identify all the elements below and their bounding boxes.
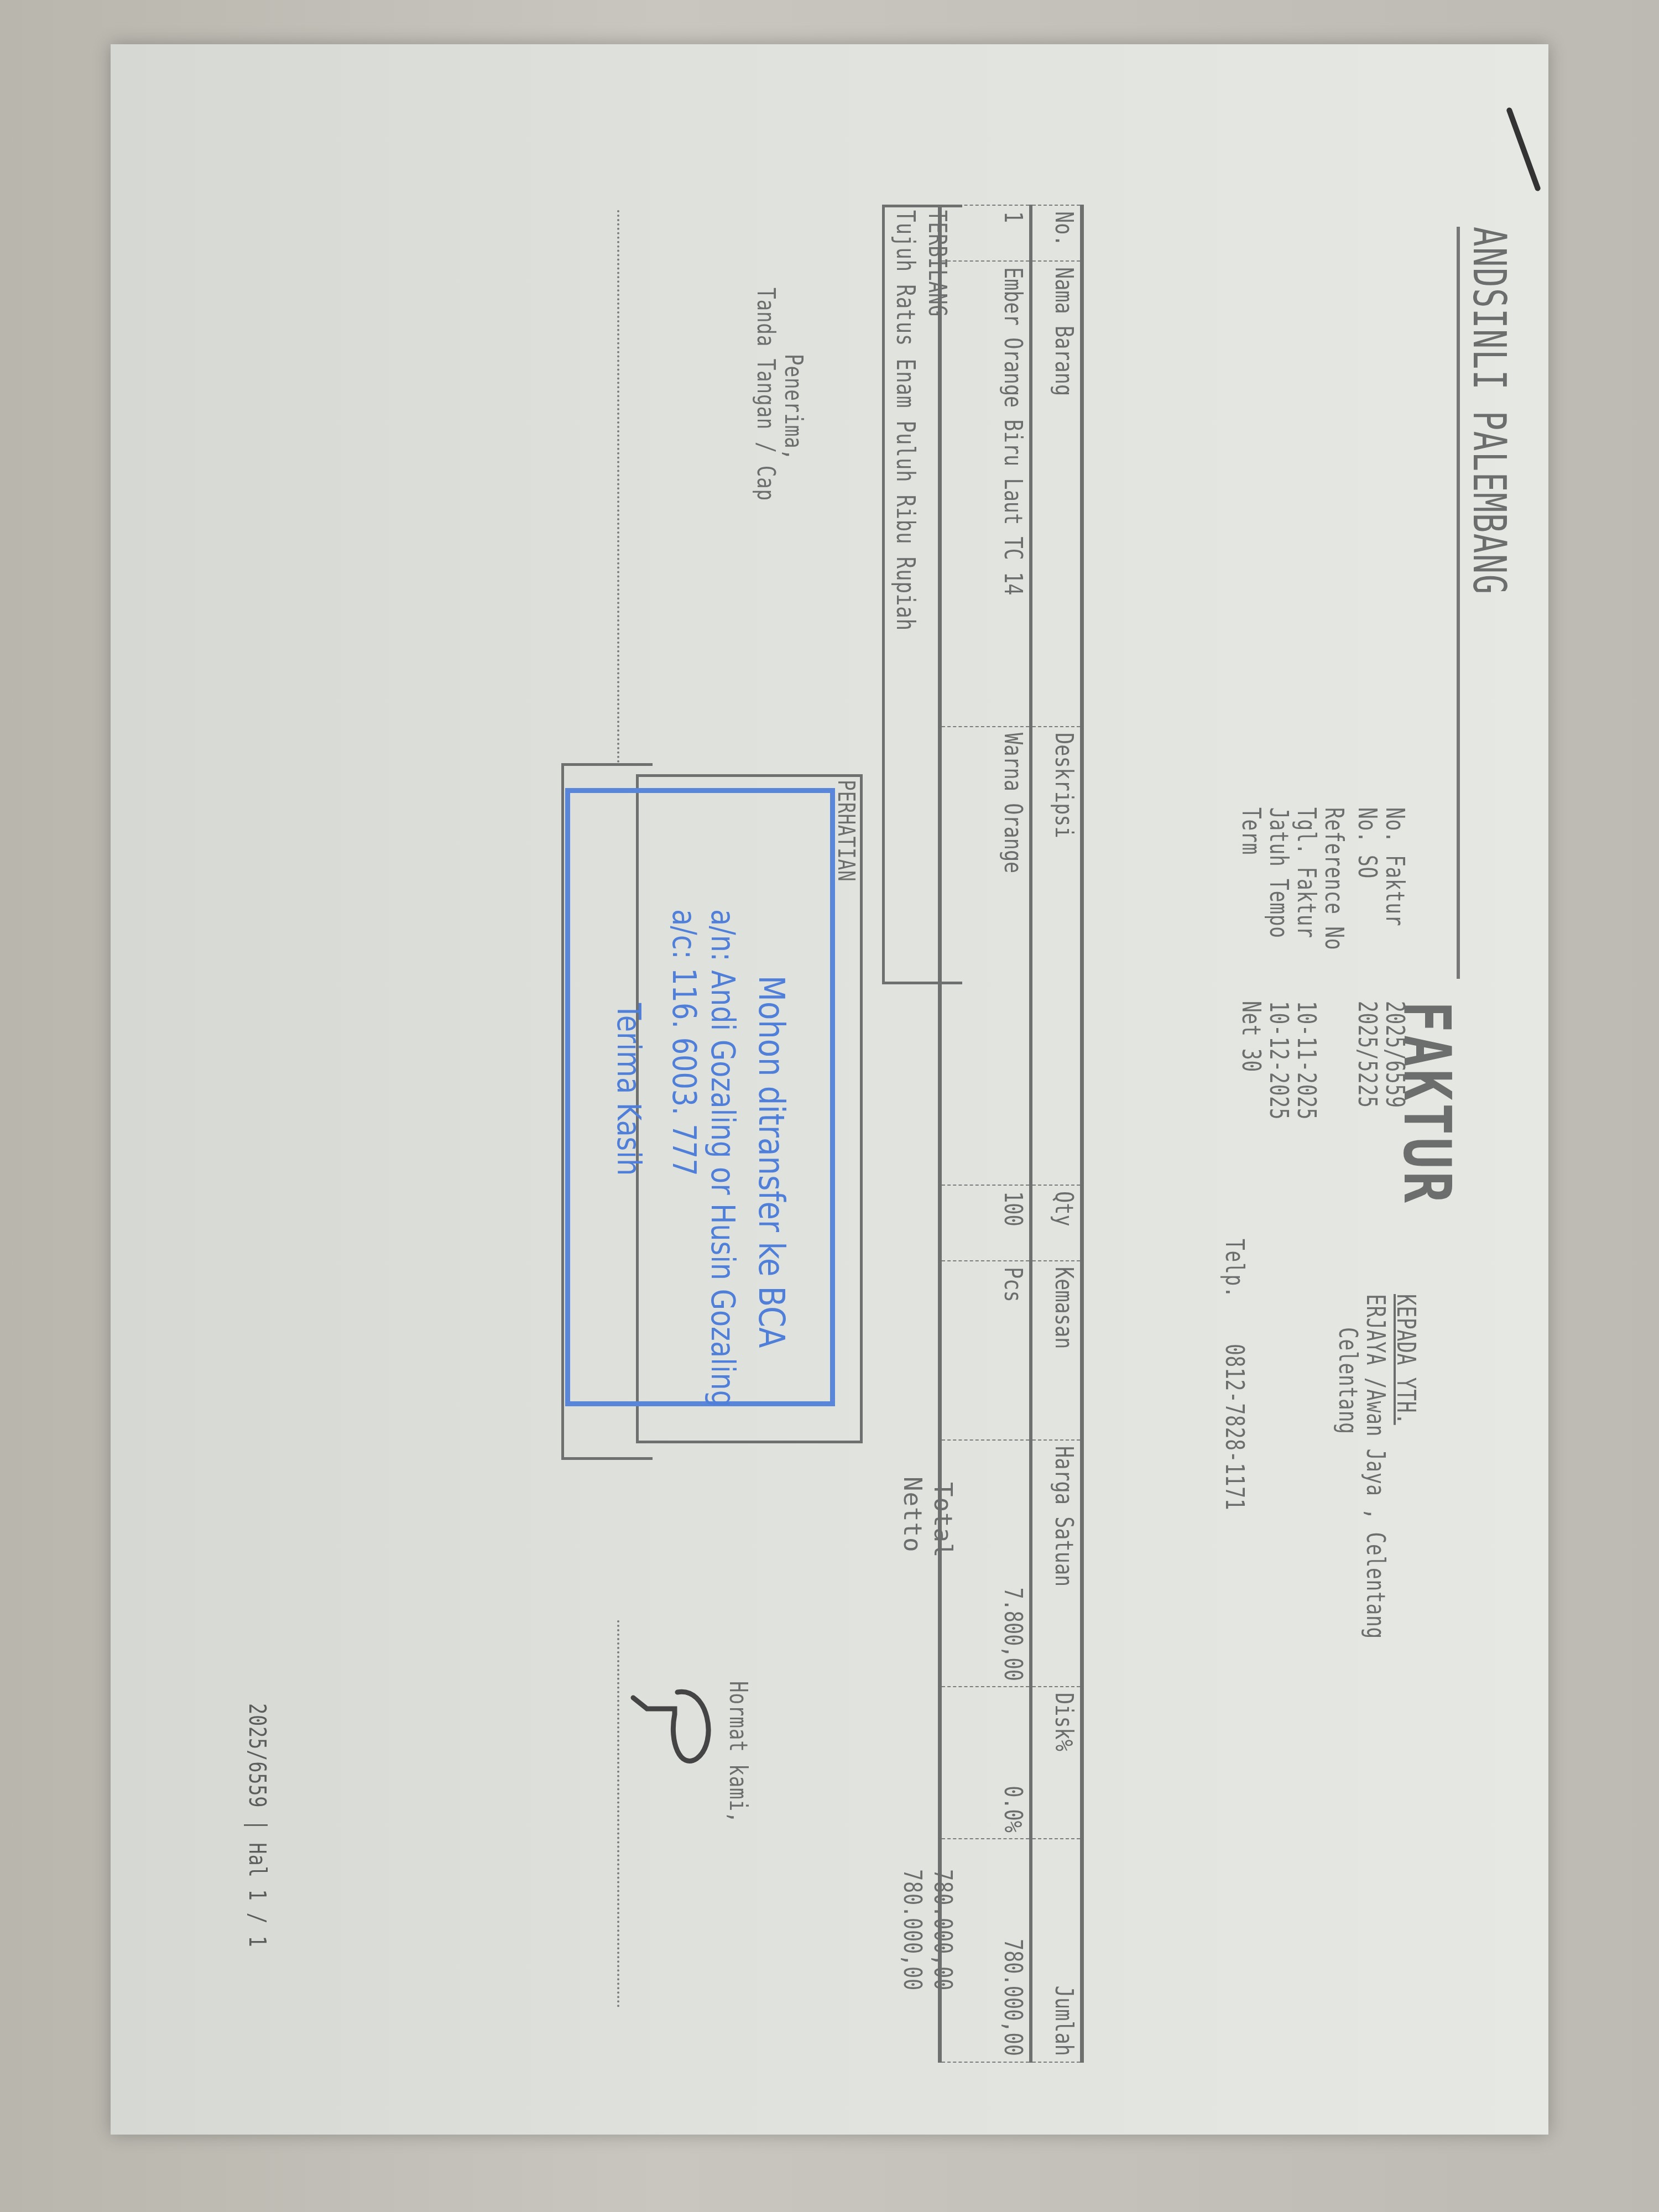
bank-transfer-stamp: Mohon ditransfer ke BCA a/n: Andi Gozali… (565, 788, 835, 1406)
total-label: Total (928, 1482, 957, 1558)
terbilang-label: TERBILANG (923, 210, 951, 317)
col-header-no: No. (1031, 205, 1082, 261)
netto-value: 780.000,00 (898, 1869, 926, 1991)
cell-qty: 100 (940, 1185, 1031, 1261)
page-footer: 2025/6559 | Hal 1 / 1 (244, 1703, 271, 1948)
field-value-no-faktur: 2025/6559 (1380, 1001, 1410, 1108)
perhatian-label: PERHATIAN (833, 780, 860, 882)
stamp-line-account-name: a/n: Andi Gozaling or Husin Gozaling (704, 909, 742, 1407)
receiver-sublabel: Tanda Tangan / Cap (752, 288, 780, 501)
field-value-term: Net 30 (1237, 1001, 1266, 1072)
phone-label: Telp. (1220, 1239, 1250, 1298)
sender-signature-line (617, 1620, 630, 2007)
cell-disk: 0.0% (940, 1687, 1031, 1838)
col-header-deskripsi: Deskripsi (1031, 727, 1082, 1185)
col-header-disk: Disk% (1031, 1687, 1082, 1838)
pen-mark (1506, 107, 1541, 192)
stamp-line-account-number: a/c: 116. 6003. 777 (665, 909, 703, 1176)
terbilang-text: Tujuh Ratus Enam Puluh Ribu Rupiah (891, 210, 921, 631)
field-label-no-faktur: No. Faktur (1380, 807, 1410, 926)
field-value-tgl-faktur: 10-11-2025 (1292, 1001, 1322, 1120)
table-header-row: No. Nama Barang Deskripsi Qty Kemasan Ha… (1031, 205, 1082, 2062)
stamp-line-thanks: Terima Kasih (610, 1003, 648, 1176)
col-header-harga-satuan: Harga Satuan (1031, 1440, 1082, 1687)
handwritten-signature-icon (630, 1676, 730, 1797)
col-header-nama-barang: Nama Barang (1031, 261, 1082, 727)
field-value-jatuh-tempo: 10-12-2025 (1264, 1001, 1294, 1120)
receiver-label: Penerima, (779, 354, 807, 461)
company-name: ANDSINLI PALEMBANG (1463, 227, 1515, 595)
total-value: 780.000,00 (928, 1869, 957, 1991)
cell-kemasan: Pcs (940, 1261, 1031, 1440)
receiver-signature-line (617, 210, 630, 763)
field-label-term: Term (1237, 807, 1266, 855)
company-underline (1457, 227, 1460, 979)
col-header-qty: Qty (1031, 1185, 1082, 1261)
phone-value: 0812-7828-1171 (1220, 1344, 1250, 1510)
stamp-line-transfer: Mohon ditransfer ke BCA (750, 975, 791, 1348)
invoice-paper: ANDSINLI PALEMBANG FAKTUR No. Faktur 202… (111, 44, 1548, 2135)
cell-harga-satuan: 7.800,00 (940, 1440, 1031, 1687)
recipient-label: KEPADA YTH. (1391, 1294, 1421, 1425)
field-label-reference-no: Reference No (1319, 807, 1349, 950)
netto-label: Netto (898, 1477, 926, 1552)
field-label-no-so: No. SO (1353, 807, 1383, 879)
recipient-city: Celentang (1333, 1327, 1363, 1434)
recipient-name: ERJAYA /Awan Jaya , Celentang (1361, 1294, 1391, 1639)
field-value-no-so: 2025/5225 (1353, 1001, 1383, 1108)
col-header-jumlah: Jumlah (1031, 1839, 1082, 2062)
field-label-tgl-faktur: Tgl. Faktur (1292, 807, 1322, 938)
field-label-jatuh-tempo: Jatuh Tempo (1264, 807, 1294, 938)
col-header-kemasan: Kemasan (1031, 1261, 1082, 1440)
